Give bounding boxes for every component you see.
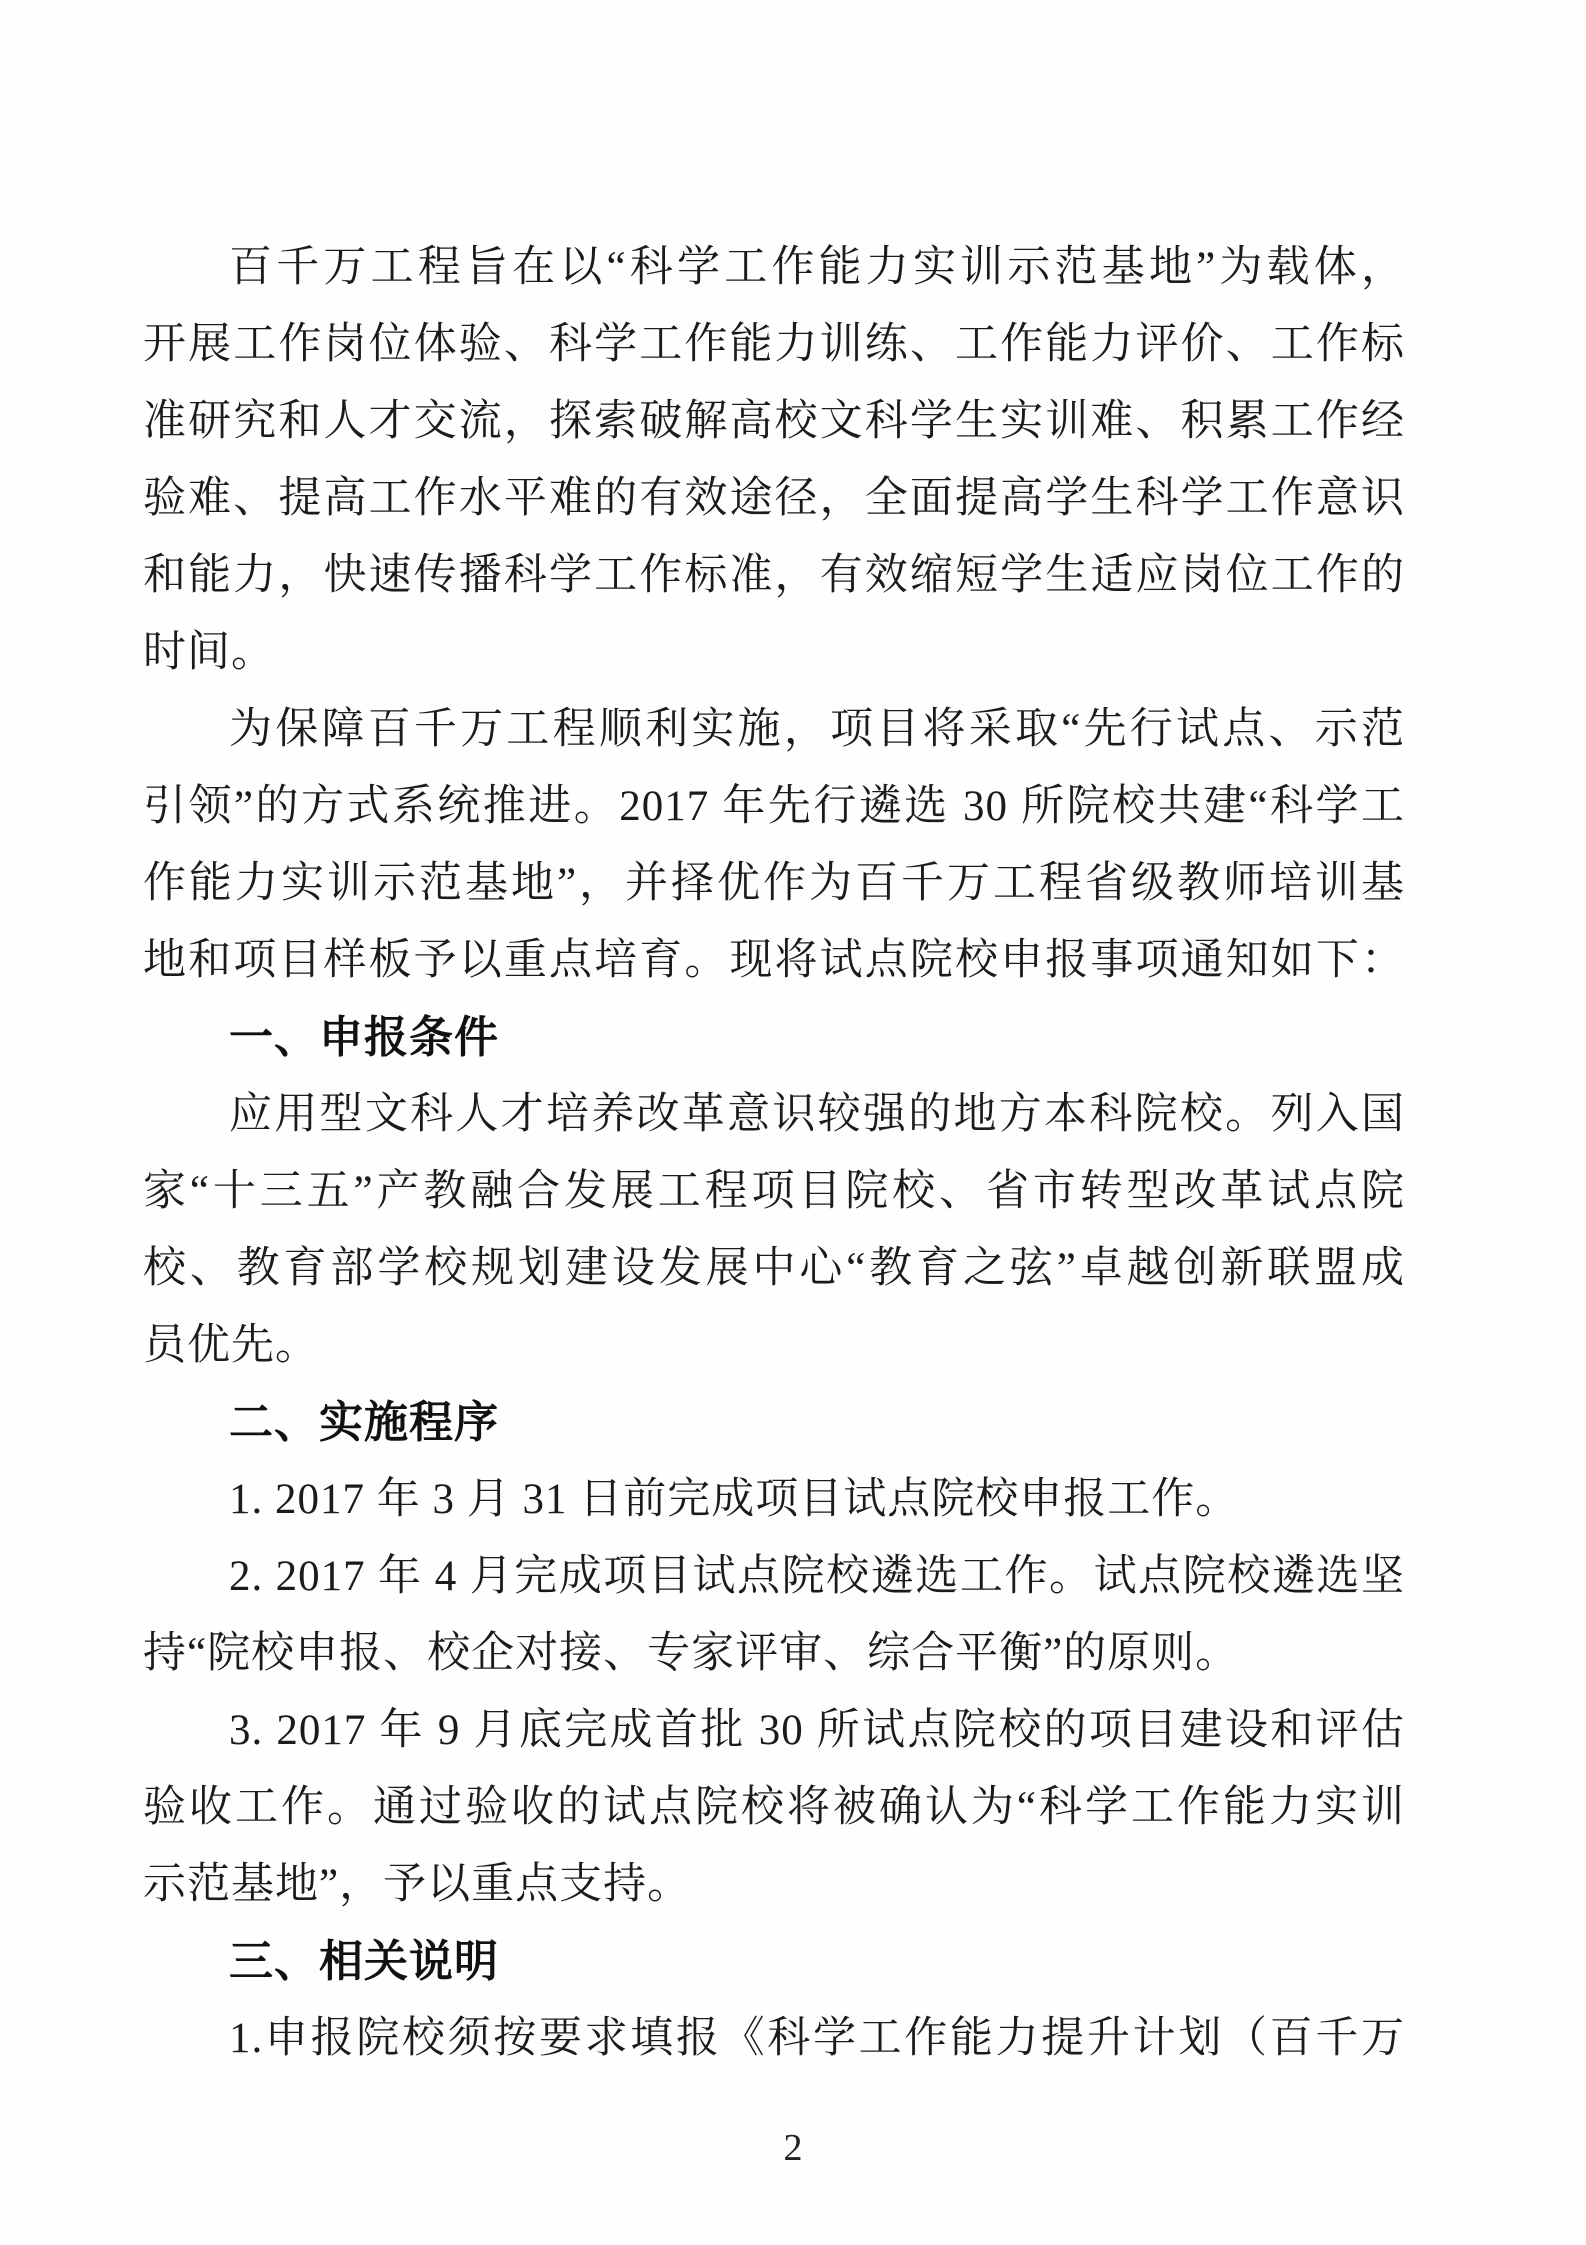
document-body: 百千万工程旨在以“科学工作能力实训示范基地”为载体， 开展工作岗位体验、科学工作… — [143, 229, 1405, 2077]
paragraph-line: 引领”的方式系统推进。2017 年先行遴选 30 所院校共建“科学工 — [143, 768, 1405, 845]
paragraph-line: 员优先。 — [143, 1307, 1405, 1384]
document-page: 百千万工程旨在以“科学工作能力实训示范基地”为载体， 开展工作岗位体验、科学工作… — [0, 0, 1586, 2245]
paragraph-line: 为保障百千万工程顺利实施，项目将采取“先行试点、示范 — [143, 691, 1405, 768]
list-item-line: 1.申报院校须按要求填报《科学工作能力提升计划（百千万 — [143, 2000, 1405, 2077]
section-heading: 二、实施程序 — [143, 1384, 1405, 1461]
list-item-line: 示范基地”，予以重点支持。 — [143, 1846, 1405, 1923]
page-number: 2 — [0, 2118, 1586, 2178]
paragraph-line: 校、教育部学校规划建设发展中心“教育之弦”卓越创新联盟成 — [143, 1230, 1405, 1307]
list-item-line: 3. 2017 年 9 月底完成首批 30 所试点院校的项目建设和评估 — [143, 1692, 1405, 1769]
paragraph-line: 应用型文科人才培养改革意识较强的地方本科院校。列入国 — [143, 1076, 1405, 1153]
paragraph-line: 家“十三五”产教融合发展工程项目院校、省市转型改革试点院 — [143, 1153, 1405, 1230]
section-heading: 三、相关说明 — [143, 1923, 1405, 2000]
list-item-line: 2. 2017 年 4 月完成项目试点院校遴选工作。试点院校遴选坚 — [143, 1538, 1405, 1615]
list-item-line: 1. 2017 年 3 月 31 日前完成项目试点院校申报工作。 — [143, 1461, 1405, 1538]
paragraph-line: 时间。 — [143, 614, 1405, 691]
list-item-line: 验收工作。通过验收的试点院校将被确认为“科学工作能力实训 — [143, 1769, 1405, 1846]
paragraph-line: 和能力，快速传播科学工作标准，有效缩短学生适应岗位工作的 — [143, 537, 1405, 614]
paragraph-line: 作能力实训示范基地”，并择优作为百千万工程省级教师培训基 — [143, 845, 1405, 922]
paragraph-line: 准研究和人才交流，探索破解高校文科学生实训难、积累工作经 — [143, 383, 1405, 460]
section-heading: 一、申报条件 — [143, 999, 1405, 1076]
paragraph-line: 开展工作岗位体验、科学工作能力训练、工作能力评价、工作标 — [143, 306, 1405, 383]
paragraph-line: 百千万工程旨在以“科学工作能力实训示范基地”为载体， — [143, 229, 1405, 306]
paragraph-line: 验难、提高工作水平难的有效途径，全面提高学生科学工作意识 — [143, 460, 1405, 537]
paragraph-line: 地和项目样板予以重点培育。现将试点院校申报事项通知如下： — [143, 922, 1405, 999]
list-item-line: 持“院校申报、校企对接、专家评审、综合平衡”的原则。 — [143, 1615, 1405, 1692]
